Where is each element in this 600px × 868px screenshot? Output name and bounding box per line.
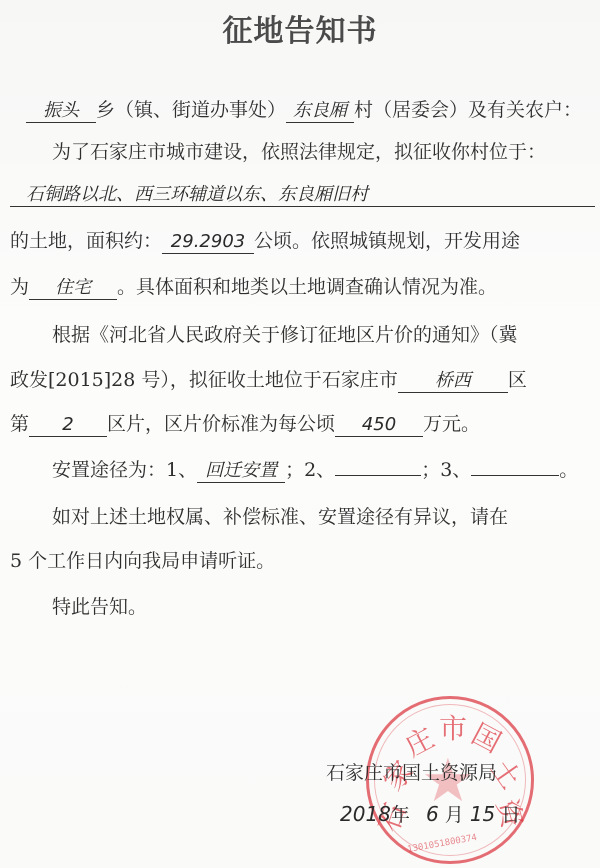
area-line: 的土地，面积约：29.2903公顷。依照城镇规划，开发用途 [10,226,520,254]
resettlement-line: 安置途径为：1、回迁安置；2、；3、。 [52,455,578,483]
date-year: 2018 [340,802,391,826]
seal-char: 国 [465,713,509,761]
document-page: 征地告知书 振头乡（镇、街道办事处）东良厢村（居委会）及有关农户： 为了石家庄市… [0,0,600,868]
line2-suffix: 区 [508,369,527,391]
village-field: 东良厢 [286,100,354,123]
location-line: 石铜路以北、西三环辅道以东、东良厢旧村 [10,180,595,207]
seal-number: 1301051800374 [407,833,478,855]
resettlement-prefix: 安置途径为：1、 [52,459,197,481]
zone-field: 2 [29,414,107,437]
resettlement-option2 [335,475,421,476]
date-year-label: 年 [391,804,410,826]
document-title: 征地告知书 [0,6,600,50]
line3-prefix: 第 [10,413,29,435]
area-prefix: 的土地，面积约： [10,230,162,252]
township-label: 乡（镇、街道办事处） [96,99,286,121]
date-day-label: 日 [501,804,520,826]
line2-prefix: 政发[2015]28 号），拟征收土地位于石家庄市 [10,369,398,391]
line3-suffix: 万元。 [423,413,480,435]
paragraph2-line1: 根据《河北省人民政府关于修订征地区片价的通知》（冀 [52,320,518,347]
line3-mid: 区片，区片价标准为每公顷 [107,413,335,435]
use-field: 住宅 [29,277,117,300]
village-label: 村（居委会）及有关农户： [354,99,582,121]
resettlement-option3 [471,475,559,476]
date-day: 15 [470,802,495,826]
area-field: 29.2903 [162,231,254,254]
use-prefix: 为 [10,276,29,298]
district-field: 桥西 [398,370,508,393]
price-field: 450 [335,414,423,437]
area-suffix: 公顷。依照城镇规划，开发用途 [254,230,520,252]
location-field: 石铜路以北、西三环辅道以东、东良厢旧村 [10,180,595,207]
signature-date: 2018年 6 月 15 日 [340,800,520,827]
resettlement-sep3: ；3、 [421,459,471,481]
date-month: 6 [426,802,439,826]
resettlement-end: 。 [559,459,578,481]
objection-line2: 5 个工作日内向我局申请听证。 [10,546,275,573]
paragraph1-intro: 为了石家庄市城市建设，依照法律规定，拟征收你村位于： [52,137,546,164]
seal-char: 市 [439,707,467,747]
signature-organization: 石家庄市国土资源局 [326,758,497,785]
use-suffix: 。具体面积和地类以土地调查确认情况为准。 [117,276,497,298]
township-field: 振头 [26,100,96,123]
use-line: 为住宅。具体面积和地类以土地调查确认情况为准。 [10,272,497,300]
objection-line1: 如对上述土地权属、补偿标准、安置途径有异议，请在 [52,502,508,529]
addressee-line: 振头乡（镇、街道办事处）东良厢村（居委会）及有关农户： [26,95,582,123]
resettlement-option1: 回迁安置 [197,460,285,483]
paragraph2-line2: 政发[2015]28 号），拟征收土地位于石家庄市桥西区 [10,365,527,393]
resettlement-sep2: ；2、 [285,459,335,481]
date-month-label: 月 [445,804,464,826]
paragraph2-line3: 第2区片，区片价标准为每公顷450万元。 [10,409,480,437]
closing-text: 特此告知。 [52,592,147,619]
